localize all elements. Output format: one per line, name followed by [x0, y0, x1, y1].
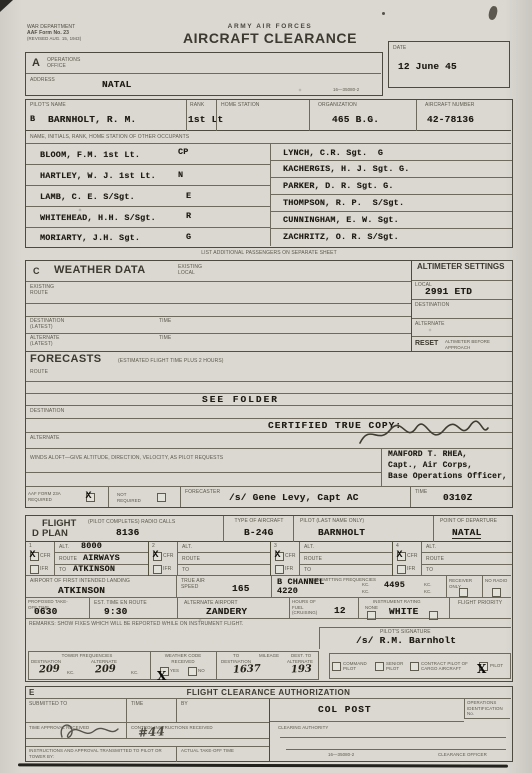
destination-latest-label: DESTINATION (LATEST)	[30, 318, 72, 331]
first-landing-label: AIRPORT OF FIRST INTENDED LANDING	[30, 578, 130, 584]
home-station-label: HOME STATION	[221, 102, 260, 108]
first-landing-cell: AIRPORT OF FIRST INTENDED LANDING ATKINS…	[26, 576, 176, 598]
receiver-only-checkbox	[459, 588, 468, 597]
organization-label: ORGANIZATION	[318, 102, 357, 108]
occupant-name: ZACHRITZ, O. R. S/Sgt.	[283, 233, 399, 242]
tower-subbox: TOWER FREQUENCIES DESTINATION ALTERNATE …	[28, 651, 319, 680]
pilot-status-strip: COMMAND PILOT SENIOR PILOT CONTRACT PILO…	[329, 653, 511, 679]
pilot-row: PILOT'S NAME B BARNHOLT, R. M. RANK 1st …	[26, 100, 511, 131]
rule-line	[280, 737, 506, 738]
not-required-checkbox	[157, 493, 166, 502]
flight-leg-4: 4 X CFR IFR ALT. ROUTE TO	[392, 542, 511, 576]
alt-label: ALT.	[59, 544, 69, 550]
forecast-destination-row: DESTINATION	[26, 406, 512, 419]
officer-rank: Capt., Air Corps,	[388, 462, 472, 471]
occupant-name: PARKER, D. R. Sgt. G.	[283, 182, 394, 191]
proposed-takeoff-value: 0630	[34, 607, 58, 617]
weather-code-yes-checkbox: X	[160, 667, 169, 676]
cfr-checkbox: X	[30, 552, 39, 561]
alternate-airport-value: ZANDERY	[206, 607, 247, 617]
flight-leg-2: 2 X CFR IFR ALT. ROUTE TO	[148, 542, 270, 576]
flight-priority-label: FLIGHT PRIORITY	[458, 600, 502, 606]
not-required-cell: NOT REQUIRED	[109, 487, 181, 507]
section-d-flight-plan: FLIGHT D PLAN (PILOT COMPLETES) RADIO CA…	[25, 515, 513, 682]
cfr-label: CFR	[163, 553, 174, 559]
occupant-name: HARTLEY, W. J. 1st Lt.	[40, 172, 156, 181]
aircraft-type-value: B-24G	[244, 528, 273, 538]
leg-route-line: ROUTE	[300, 553, 393, 565]
occupants-right-column: LYNCH, C.R. Sgt. G KACHERGIS, H. J. Sgt.…	[270, 144, 511, 246]
frequencies-cell: TRANSMITTING FREQUENCIES B CHANNEL 4220 …	[271, 576, 446, 598]
ifr-label: IFR	[163, 566, 171, 572]
scan-artifact	[18, 763, 508, 767]
section-e-authorization: E FLIGHT CLEARANCE AUTHORIZATION SUBMITT…	[25, 686, 513, 762]
receiver-only-cell: RECEIVER ONLY	[446, 576, 482, 598]
checkbox-x-mark: X	[157, 669, 166, 683]
occupant-name: CUNNINGHAM, E. W. Sgt.	[283, 216, 399, 225]
forecast-time-label: TIME	[415, 489, 427, 495]
flight-pilot-value: BARNHOLT	[318, 528, 365, 538]
form23a-required-label: AAF FORM 23A REQUIRED	[28, 491, 76, 502]
handwritten-note: #44	[138, 724, 165, 739]
rule-line	[286, 749, 506, 750]
scan-artifact	[0, 0, 13, 12]
leg-to-line: TO ATKINSON	[55, 565, 149, 576]
leg-number: 3	[274, 543, 277, 549]
no-radio-cell: NO RADIO	[482, 576, 511, 598]
forecasts-title-row: FORECASTS (ESTIMATED FLIGHT TIME PLUS 2 …	[26, 351, 512, 367]
occupants-header: NAME, INITIALS, RANK, HOME STATION OF OT…	[30, 134, 189, 140]
occupant-name: BLOOM, F.M. 1st Lt.	[40, 151, 140, 160]
leg-alt-line: ALT.	[422, 542, 512, 553]
organization-value: 465 B.G.	[332, 115, 379, 125]
leg-to-line: TO	[300, 565, 393, 576]
to-label: TO	[304, 567, 311, 573]
miles-to-alternate: 193	[291, 663, 312, 675]
occupant-name: KACHERGIS, H. J. Sgt. G.	[283, 165, 410, 174]
altimeter-alternate-label: ALTERNATE	[415, 321, 445, 327]
clearing-authority-block: OPERATIONS IDENTIFICATION No. COL POST C…	[269, 699, 511, 761]
operations-id-cell: OPERATIONS IDENTIFICATION No.	[464, 699, 510, 719]
operations-officer-block: MANFORD T. RHEA, Capt., Air Corps, Base …	[381, 449, 512, 486]
date-label: DATE	[393, 45, 406, 51]
route-label: ROUTE	[304, 556, 322, 562]
forecast-time-cell: TIME 0310Z	[411, 487, 512, 507]
instructions-row: INSTRUCTIONS AND APPROVAL TRANSMITTED TO…	[26, 746, 269, 761]
forecast-rule-row	[26, 382, 512, 394]
forecast-time-value: 0310Z	[443, 493, 472, 503]
leg-to-value: ATKINSON	[73, 565, 115, 574]
weather-rule-row	[26, 304, 411, 317]
instructions-transmitted-label: INSTRUCTIONS AND APPROVAL TRANSMITTED TO…	[29, 748, 169, 759]
hours-of-fuel-value: 12	[334, 606, 346, 616]
additional-passengers-note: LIST ADDITIONAL PASSENGERS ON SEPARATE S…	[25, 250, 513, 256]
forecaster-label: FORECASTER	[185, 489, 220, 495]
checkbox-x-mark: X	[397, 550, 403, 561]
form23a-required-checkbox: X	[86, 493, 95, 502]
auth-by-label: BY	[181, 701, 188, 707]
instrument-rating-label: INSTRUMENT RATING	[373, 599, 421, 605]
contract-pilot-checkbox	[410, 662, 419, 671]
occupant-row: PARKER, D. R. Sgt. G.	[271, 178, 512, 195]
weather-title-row: C WEATHER DATA EXISTING LOCAL	[26, 261, 411, 282]
winds-aloft-row: WINDS ALOFT—GIVE ALTITUDE, DIRECTION, VE…	[26, 449, 381, 473]
freq2-value: 4495	[384, 581, 405, 590]
occupants-header-row: NAME, INITIALS, RANK, HOME STATION OF OT…	[26, 131, 511, 144]
rule-line	[270, 699, 464, 722]
plan-word: PLAN	[42, 529, 68, 539]
occupants-left-column: BLOOM, F.M. 1st Lt. CP HARTLEY, W. J. 1s…	[26, 144, 270, 246]
cfr-label: CFR	[285, 553, 296, 559]
office-row: A OPERATIONS OFFICE	[26, 53, 381, 74]
flight-pilot-cell: PILOT (LAST NAME ONLY) BARNHOLT	[293, 516, 433, 542]
not-required-label: NOT REQUIRED	[117, 492, 149, 503]
auth-by-cell: BY	[176, 699, 269, 723]
alt-label: ALT.	[426, 544, 436, 550]
radio-calls-value: 8136	[116, 528, 140, 538]
authorization-title-row: E FLIGHT CLEARANCE AUTHORIZATION	[26, 687, 511, 699]
time-label: TIME	[159, 318, 171, 324]
occupant-row: BLOOM, F.M. 1st Lt. CP	[26, 144, 270, 165]
senior-pilot-checkbox	[375, 662, 384, 671]
flight-leg-1: 1 X CFR IFR ALT. 8000 ROUTE AIRWAYS TO	[26, 542, 148, 576]
miles-to-destination: 1637	[233, 663, 261, 675]
time-label: TIME	[159, 335, 171, 341]
first-landing-value: ATKINSON	[58, 586, 105, 596]
altimeter-destination-label: DESTINATION	[415, 302, 449, 308]
instrument-rating-value: WHITE	[389, 607, 418, 617]
occupant-name: WHITEHEAD, H.H. S/Sgt.	[40, 214, 156, 223]
time-enroute-cell: EST. TIME EN ROUTE 9:30	[89, 598, 177, 619]
actual-takeoff-cell: ACTUAL TAKE-OFF TIME	[176, 747, 269, 762]
authorization-title: FLIGHT CLEARANCE AUTHORIZATION	[26, 689, 511, 697]
ifr-label: IFR	[285, 566, 293, 572]
weather-code-label: WEATHER CODE RECEIVED	[157, 653, 209, 664]
cfr-checkbox: X	[275, 552, 284, 561]
kc-label: KC.	[67, 670, 75, 676]
occupant-row: KACHERGIS, H. J. Sgt. G.	[271, 161, 512, 178]
section-a-operations-office: A OPERATIONS OFFICE ADDRESS NATAL	[25, 52, 383, 96]
checkbox-x-mark: X	[86, 491, 92, 502]
officer-name: MANFORD T. RHEA,	[388, 451, 467, 460]
dest-to-label: DEST. TO	[291, 653, 311, 659]
aircraft-number-value: 42-78136	[427, 115, 474, 125]
forecast-route-label: ROUTE	[30, 369, 48, 375]
ifr-checkbox	[397, 565, 406, 574]
submitted-to-label: SUBMITTED TO	[29, 701, 67, 707]
to-label: TO	[182, 567, 189, 573]
section-c-weather: ALTIMETER SETTINGS LOCAL 2991 ETD DESTIN…	[25, 260, 513, 508]
altimeter-reset-note: ALTIMETER BEFORE APPROACH	[445, 339, 500, 350]
occupant-row: MORIARTY, J.H. Sgt. G	[26, 228, 270, 246]
section-d-letter: D	[32, 529, 39, 539]
weather-code-cell: WEATHER CODE RECEIVED X YES NO	[150, 652, 216, 679]
auth-time-label: TIME	[131, 701, 143, 707]
alternate-latest-label: ALTERNATE (LATEST)	[30, 335, 72, 348]
operations-office-label: OPERATIONS OFFICE	[47, 57, 81, 70]
no-label: NO	[198, 668, 205, 674]
leg-alt-value: 8000	[81, 542, 102, 551]
checkbox-x-mark: X	[477, 662, 486, 676]
hours-of-fuel-cell: HOURS OF FUEL (CRUISING) 12	[289, 598, 358, 619]
kc-label: KC.	[131, 670, 139, 676]
no-radio-checkbox	[492, 588, 501, 597]
ifr-label: IFR	[407, 566, 415, 572]
ifr-checkbox	[275, 565, 284, 574]
tower-destination-freq: 209	[39, 663, 60, 675]
flight-legs-row: 1 X CFR IFR ALT. 8000 ROUTE AIRWAYS TO	[26, 542, 511, 576]
instrument-rating-cell: INSTRUMENT RATING NONE WHITE	[358, 598, 449, 619]
landing-row: AIRPORT OF FIRST INTENDED LANDING ATKINS…	[26, 576, 511, 598]
forecasts-title: FORECASTS	[30, 354, 101, 366]
occupant-row: HARTLEY, W. J. 1st Lt. N	[26, 165, 270, 186]
print-code-bottom: 16—35080-2	[328, 752, 354, 758]
flight-pilot-label: PILOT (LAST NAME ONLY)	[300, 518, 364, 524]
page-title: AIRCRAFT CLEARANCE	[130, 31, 410, 46]
pilot-name-value: BARNHOLT, R. M.	[48, 115, 136, 125]
none-label: NONE	[365, 605, 378, 611]
leg-alt-line: ALT.	[300, 542, 393, 553]
mileage-cell: TO MILEAGE DEST. TO DESTINATION ALTERNAT…	[216, 652, 320, 679]
command-pilot-label: COMMAND PILOT	[343, 661, 373, 672]
cfr-checkbox: X	[397, 552, 406, 561]
checkbox-x-mark: X	[30, 550, 36, 561]
remarks-row: REMARKS: SHOW FIXES WHICH WILL BE REPORT…	[26, 619, 511, 649]
leg-to-line: TO	[178, 565, 271, 576]
true-airspeed-label: TRUE AIR SPEED	[181, 578, 207, 591]
destination-latest-row: DESTINATION (LATEST) TIME	[26, 317, 411, 334]
pilot-signature-box: PILOT'S SIGNATURE /s/ R.M. Barnholt	[319, 627, 511, 649]
signature-scribble	[356, 419, 491, 451]
pilot-label: PILOT	[490, 663, 503, 669]
flight-leg-3: 3 X CFR IFR ALT. ROUTE TO	[270, 542, 392, 576]
freq1-value: 4220	[277, 587, 298, 596]
cfr-label: CFR	[407, 553, 418, 559]
hours-of-fuel-label: HOURS OF FUEL (CRUISING)	[292, 599, 328, 616]
rank-label: RANK	[190, 102, 204, 108]
leg-fields: ALT. ROUTE TO	[299, 542, 392, 576]
address-row: ADDRESS NATAL	[26, 74, 381, 94]
departure-value: NATAL	[452, 528, 481, 539]
occupant-name: LYNCH, C.R. Sgt. G	[283, 149, 383, 158]
route-label: ROUTE	[426, 556, 444, 562]
date-value: 12 June 45	[398, 62, 457, 72]
leg-route-value: AIRWAYS	[83, 554, 120, 563]
section-c-letter: C	[33, 267, 40, 276]
aircraft-number-cell: AIRCRAFT NUMBER 42-78136	[416, 100, 511, 131]
altimeter-title: ALTIMETER SETTINGS	[412, 261, 512, 281]
yes-label: YES	[170, 668, 179, 674]
leg-number: 2	[152, 543, 155, 549]
organization-cell: ORGANIZATION 465 B.G.	[309, 100, 416, 131]
departure-cell: POINT OF DEPARTURE NATAL	[433, 516, 511, 542]
mileage-to-label: TO	[233, 653, 239, 659]
command-pilot-checkbox	[332, 662, 341, 671]
address-value: NATAL	[102, 80, 131, 90]
aircraft-type-cell: TYPE OF AIRCRAFT B-24G	[223, 516, 293, 542]
pilot-name-label: PILOT'S NAME	[30, 102, 66, 108]
clearance-officer-label: CLEARANCE OFFICER	[438, 752, 487, 758]
actual-takeoff-label: ACTUAL TAKE-OFF TIME	[181, 748, 251, 754]
aircraft-clearance-form: WAR DEPARTMENT AAF Form No. 23 (REVISED …	[0, 0, 532, 773]
scan-artifact	[382, 12, 385, 15]
section-b-letter: B	[30, 115, 35, 124]
operations-id-label: OPERATIONS IDENTIFICATION No.	[467, 700, 509, 717]
occupant-row: ZACHRITZ, O. R. S/Sgt.	[271, 229, 512, 246]
pilot-signature-value: /s/ R.M. Barnholt	[356, 636, 456, 646]
leg-fields: ALT. 8000 ROUTE AIRWAYS TO ATKINSON	[54, 542, 148, 576]
mileage-label: MILEAGE	[259, 653, 279, 659]
cfr-label: CFR	[40, 553, 51, 559]
aircraft-number-label: AIRCRAFT NUMBER	[425, 102, 474, 108]
rank-cell: RANK 1st Lt	[186, 100, 216, 131]
winds-aloft-label: WINDS ALOFT—GIVE ALTITUDE, DIRECTION, VE…	[30, 455, 360, 461]
occupant-row: LYNCH, C.R. Sgt. G	[271, 144, 512, 161]
senior-pilot-label: SENIOR PILOT	[386, 661, 408, 672]
leg-route-line: ROUTE	[422, 553, 512, 565]
officer-title: Base Operations Officer,	[388, 473, 507, 482]
kc-label: KC.	[424, 582, 432, 588]
flight-priority-cell: FLIGHT PRIORITY	[449, 598, 511, 619]
ifr-label: IFR	[40, 566, 48, 572]
takeoff-row: PROPOSED TAKE-OFF TIME 0630 EST. TIME EN…	[26, 598, 511, 619]
tower-row: TOWER FREQUENCIES DESTINATION ALTERNATE …	[26, 649, 511, 681]
altimeter-destination-cell: DESTINATION	[412, 300, 512, 319]
tower-frequencies-label: TOWER FREQUENCIES	[37, 653, 137, 659]
occupant-role: N	[178, 171, 183, 180]
clearing-authority-label: CLEARING AUTHORITY	[278, 725, 328, 731]
flight-plan-header-row: FLIGHT D PLAN (PILOT COMPLETES) RADIO CA…	[26, 516, 511, 542]
route-label: ROUTE	[182, 556, 200, 562]
remarks-label: REMARKS: SHOW FIXES WHICH WILL BE REPORT…	[29, 621, 329, 627]
departure-label: POINT OF DEPARTURE	[440, 518, 497, 524]
occupant-role: E	[186, 192, 191, 201]
altimeter-alternate-cell: ALTERNATE	[412, 319, 512, 337]
tower-frequencies-cell: TOWER FREQUENCIES DESTINATION ALTERNATE …	[29, 652, 150, 679]
occupant-name: MORIARTY, J.H. Sgt.	[40, 234, 140, 243]
home-station-cell: HOME STATION	[216, 100, 309, 131]
forecasts-note: (ESTIMATED FLIGHT TIME PLUS 2 HOURS)	[118, 358, 224, 364]
alternate-airport-cell: ALTERNATE AIRPORT ZANDERY	[177, 598, 289, 619]
date-box: DATE 12 June 45	[388, 41, 510, 88]
existing-route-row: EXISTING ROUTE	[26, 282, 411, 304]
true-airspeed-value: 165	[232, 584, 250, 594]
occupant-role: CP	[178, 148, 189, 157]
see-folder-value: SEE FOLDER	[202, 395, 279, 405]
pilot-checkbox: X	[479, 662, 488, 671]
checkbox-x-mark: X	[153, 550, 159, 561]
address-label: ADDRESS	[30, 77, 55, 83]
checkbox-x-mark: X	[275, 550, 281, 561]
weather-title: WEATHER DATA	[54, 265, 146, 277]
proposed-takeoff-cell: PROPOSED TAKE-OFF TIME 0630	[26, 598, 89, 619]
occupant-name: LAMB, C. E. S/Sgt.	[40, 193, 135, 202]
occupant-role: G	[186, 233, 191, 242]
forecaster-row: AAF FORM 23A REQUIRED X NOT REQUIRED FOR…	[26, 486, 512, 506]
leg-number: 4	[396, 543, 399, 549]
altimeter-reset-cell: RESET ALTIMETER BEFORE APPROACH	[412, 337, 512, 351]
radio-calls-label: (PILOT COMPLETES) RADIO CALLS	[88, 519, 175, 525]
time-enroute-value: 9:30	[104, 607, 128, 617]
forecaster-cell: FORECASTER /s/ Gene Levy, Capt AC	[181, 487, 411, 507]
route-label: ROUTE	[59, 556, 77, 562]
leg-number: 1	[29, 543, 32, 549]
leg-fields: ALT. ROUTE TO	[177, 542, 270, 576]
existing-local-label: EXISTING LOCAL	[178, 264, 208, 277]
occupant-row: WHITEHEAD, H.H. S/Sgt. R	[26, 207, 270, 228]
altimeter-panel: ALTIMETER SETTINGS LOCAL 2991 ETD DESTIN…	[411, 261, 511, 351]
scan-artifact	[487, 5, 498, 21]
aircraft-type-label: TYPE OF AIRCRAFT	[224, 518, 294, 524]
weather-code-no-checkbox	[188, 667, 197, 676]
alt-label: ALT.	[304, 544, 314, 550]
altimeter-local-cell: LOCAL 2991 ETD	[412, 281, 512, 300]
kc-label: KC.	[362, 589, 370, 595]
form-revision-line: (REVISED AUG. 15, 1943)	[27, 36, 81, 42]
occupant-role: R	[186, 212, 191, 221]
form23a-cell: AAF FORM 23A REQUIRED X	[26, 487, 109, 507]
occupant-row: THOMPSON, R. P. S/Sgt.	[271, 195, 512, 212]
forecast-destination-label: DESTINATION	[30, 408, 64, 414]
true-airspeed-cell: TRUE AIR SPEED 165	[176, 576, 271, 598]
alt-label: ALT.	[182, 544, 192, 550]
no-radio-label: NO RADIO	[485, 578, 511, 584]
forecast-route-row: ROUTE	[26, 367, 512, 382]
section-b-pilot: PILOT'S NAME B BARNHOLT, R. M. RANK 1st …	[25, 99, 513, 248]
kc-label: KC.	[424, 589, 432, 595]
forecaster-value: /s/ Gene Levy, Capt AC	[229, 493, 359, 503]
occupant-row: CUNNINGHAM, E. W. Sgt.	[271, 212, 512, 229]
contract-pilot-label: CONTRACT PILOT OF CARGO AIRCRAFT	[421, 661, 477, 672]
forecast-alternate-label: ALTERNATE	[30, 435, 60, 441]
ifr-checkbox	[153, 565, 162, 574]
kc-label: KC.	[362, 582, 370, 588]
occupant-row: LAMB, C. E. S/Sgt. E	[26, 186, 270, 207]
altimeter-local-value: 2991 ETD	[425, 287, 472, 297]
cfr-checkbox: X	[153, 552, 162, 561]
leg-alt-line: ALT. 8000	[55, 542, 149, 553]
leg-fields: ALT. ROUTE TO	[421, 542, 511, 576]
altimeter-reset-label: RESET	[415, 340, 438, 347]
see-folder-row: SEE FOLDER	[26, 394, 512, 406]
handwriting-scribble	[54, 717, 144, 745]
leg-alt-line: ALT.	[178, 542, 271, 553]
to-label: TO	[59, 567, 66, 573]
to-label: TO	[426, 567, 433, 573]
alternate-latest-row: ALTERNATE (LATEST) TIME	[26, 334, 411, 351]
existing-route-label: EXISTING ROUTE	[30, 284, 58, 297]
leg-route-line: ROUTE	[178, 553, 271, 565]
ifr-checkbox	[30, 565, 39, 574]
section-a-letter: A	[32, 58, 40, 70]
occupant-name: THOMPSON, R. P. S/Sgt.	[283, 199, 404, 208]
tower-alternate-freq: 209	[95, 663, 116, 675]
leg-to-line: TO	[422, 565, 512, 576]
